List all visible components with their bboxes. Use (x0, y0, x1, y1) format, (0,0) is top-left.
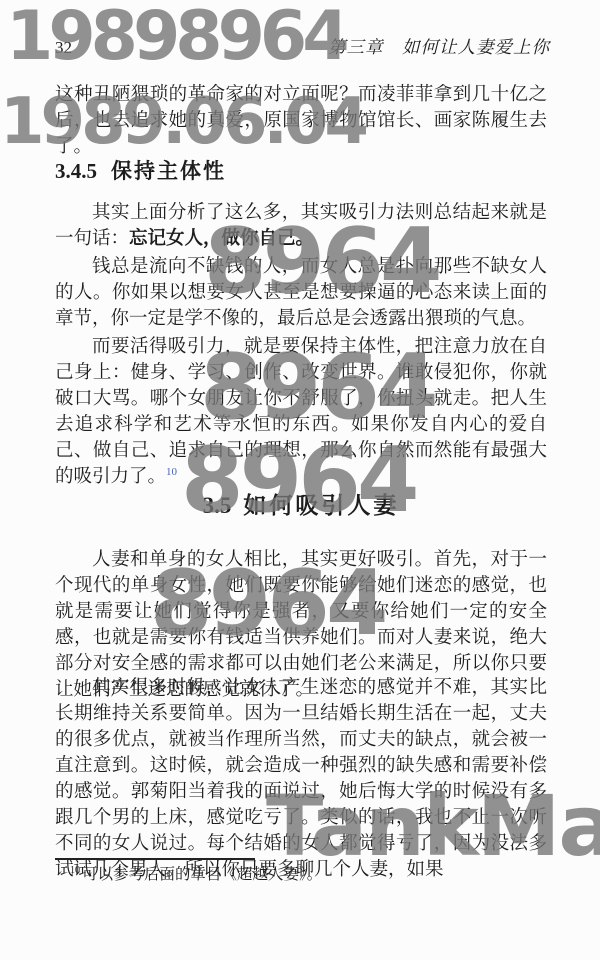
footnote-rule (55, 858, 255, 860)
section-number: 3.4.5 (55, 159, 97, 183)
page-number: 32 (55, 38, 72, 58)
footnote-marker: 10 (70, 865, 80, 876)
running-head: 32 第三章 如何让人妻爱上你 (55, 34, 550, 56)
section-number: 3.5 (203, 493, 232, 518)
paragraph-continuation: 这种丑陋猥琐的革命家的对立面呢？而凌菲菲拿到几十亿之后，也去追求她的真爱，原国家… (55, 82, 547, 160)
paragraph-subjectivity: 而要活得吸引力，就是要保持主体性，把注意力放在自己身上：健身、学习、创作、改变世… (55, 334, 547, 490)
paragraph-infatuation: 其实很多时候，让女人产生迷恋的感觉并不难，其实比长期维持关系要简单。因为一旦结婚… (55, 675, 547, 883)
paragraph-money-analogy: 钱总是流向不缺钱的人，而女人总是扑向那些不缺女人的人。你如果以想要女人甚至是想要… (55, 254, 547, 332)
paragraph-summary: 其实上面分析了这么多，其实吸引力法则总结起来就是一句话：忘记女人，做你自己。 (55, 200, 547, 252)
footnote: 10可以参考后面的章目《超越人妻》。 (55, 864, 562, 886)
section-title: 如何吸引人妻 (243, 492, 399, 518)
chapter-header: 第三章 如何让人妻爱上你 (328, 34, 550, 59)
paragraph-text: 而要活得吸引力，就是要保持主体性，把注意力放在自己身上：健身、学习、创作、改变世… (55, 337, 547, 487)
section-heading-3-4-5: 3.4.5保持主体性 (55, 159, 547, 184)
book-page: 19898964 1989.06.04 8964 8964 8964 8964 … (0, 0, 600, 960)
footnote-text: 可以参考后面的章目《超越人妻》。 (82, 866, 322, 883)
footnote-reference-link[interactable]: 10 (166, 466, 177, 478)
paragraph-bold-phrase: 忘记女人，做你自己。 (129, 229, 314, 249)
section-title: 保持主体性 (111, 160, 226, 183)
section-heading-3-5: 3.5如何吸引人妻 (55, 492, 547, 521)
